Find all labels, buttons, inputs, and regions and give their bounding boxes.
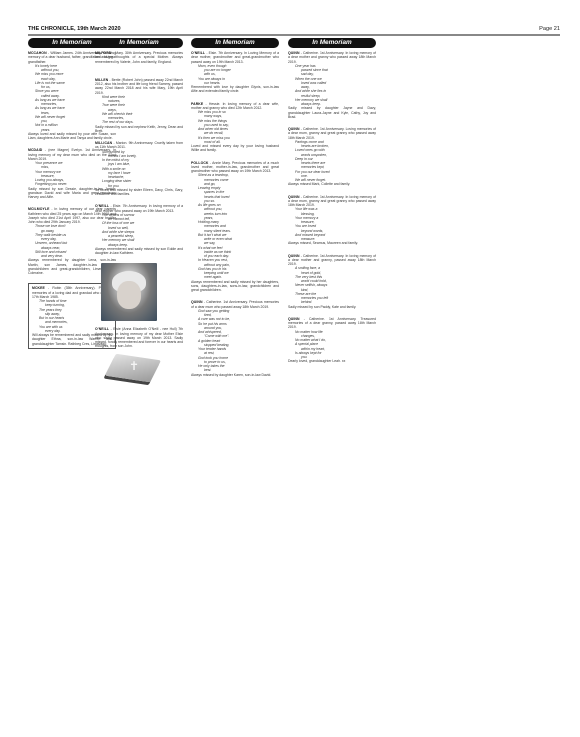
header-rule bbox=[28, 34, 560, 36]
masthead: THE CHRONICLE, 19th March 2020 Page 21 bbox=[28, 26, 560, 38]
verse: Kind were theirnatures,True were theirwa… bbox=[95, 95, 183, 125]
notice-milford: MILFORD - Mary. 30th Anniversary. Precio… bbox=[95, 51, 183, 64]
verse: Your life was ablessing,Your memory atre… bbox=[288, 207, 376, 241]
notice-quinn-karen: QUINN - Catherine. 1st Anniversary. Prec… bbox=[191, 300, 279, 377]
notice-parke: PARKE - Hessie. In loving memory of a de… bbox=[191, 102, 279, 153]
section-header: In Memoriam bbox=[288, 38, 376, 48]
notice-oneill-eddie: O'NEILL - Elsie. 7th Anniversary. In lov… bbox=[95, 204, 183, 255]
notice-quinn-jayne: QUINN - Catherine. 1st Anniversary. In l… bbox=[288, 51, 376, 119]
verse: Mom, even thoughyou are no longerwith us… bbox=[191, 64, 279, 85]
paper-date-title: THE CHRONICLE, 19th March 2020 bbox=[28, 26, 121, 32]
portrait-photo bbox=[101, 263, 157, 321]
notice-millican: MILLICAN - Marion. 9th Anniversary. Crue… bbox=[95, 141, 183, 196]
notice-pollock: POLLOCK - Annie Mary. Precious memories … bbox=[191, 161, 279, 293]
verse: A smiling face, aheart of gold,The very … bbox=[288, 266, 376, 304]
notice-quinn-paddy: QUINN - Catherine. 1st Anniversary. In l… bbox=[288, 254, 376, 309]
verse: No matter how lifechanges,No matter what… bbox=[288, 330, 376, 360]
notice-oneill-glynis: O'NEILL - Elsie. 7th Anniversary. In Lov… bbox=[191, 51, 279, 94]
section-header: In Memoriam bbox=[191, 38, 279, 48]
notice-quinn-mark: QUINN - Catherine. 1st Anniversary. Lovi… bbox=[288, 127, 376, 187]
verse: The depths of sorrowwe cannot tell,Of th… bbox=[95, 213, 183, 247]
notice-quinn-leah: QUINN - Catherine. 1st Anniversary. Trea… bbox=[288, 317, 376, 364]
column-3: In Memoriam O'NEILL - Elsie. 7th Anniver… bbox=[191, 38, 279, 385]
page-number: Page 21 bbox=[539, 26, 560, 32]
notice-quinn-seamus: QUINN - Catherine. 1st Anniversary. In l… bbox=[288, 195, 376, 246]
notice-millen: MILLEN - Bertie (Robert John) passed awa… bbox=[95, 78, 183, 133]
verse: Surrounded byfriends I am lonely,In the … bbox=[95, 150, 183, 188]
verse: Silent as a teardrop,memories comeand go… bbox=[191, 173, 279, 279]
bible-icon: ✝ bbox=[105, 353, 163, 383]
column-4: In Memoriam QUINN - Catherine. 1st Anniv… bbox=[288, 38, 376, 372]
verse: One year haspassed since thatsad day,Whe… bbox=[288, 64, 376, 107]
notice-oneill-john: O'NEILL - Elsie (Anna Elizabeth O'Neill … bbox=[95, 327, 183, 348]
verse: God saw you gettingtired,A cure was not … bbox=[191, 309, 279, 373]
verse: We miss you in somany ways,We miss the t… bbox=[191, 110, 279, 144]
column-2: In Memoriam MILFORD - Mary. 30th Anniver… bbox=[95, 38, 183, 383]
verse: Partings come andhearts are broken,Loved… bbox=[288, 140, 376, 183]
section-header: In Memoriam bbox=[95, 38, 183, 48]
